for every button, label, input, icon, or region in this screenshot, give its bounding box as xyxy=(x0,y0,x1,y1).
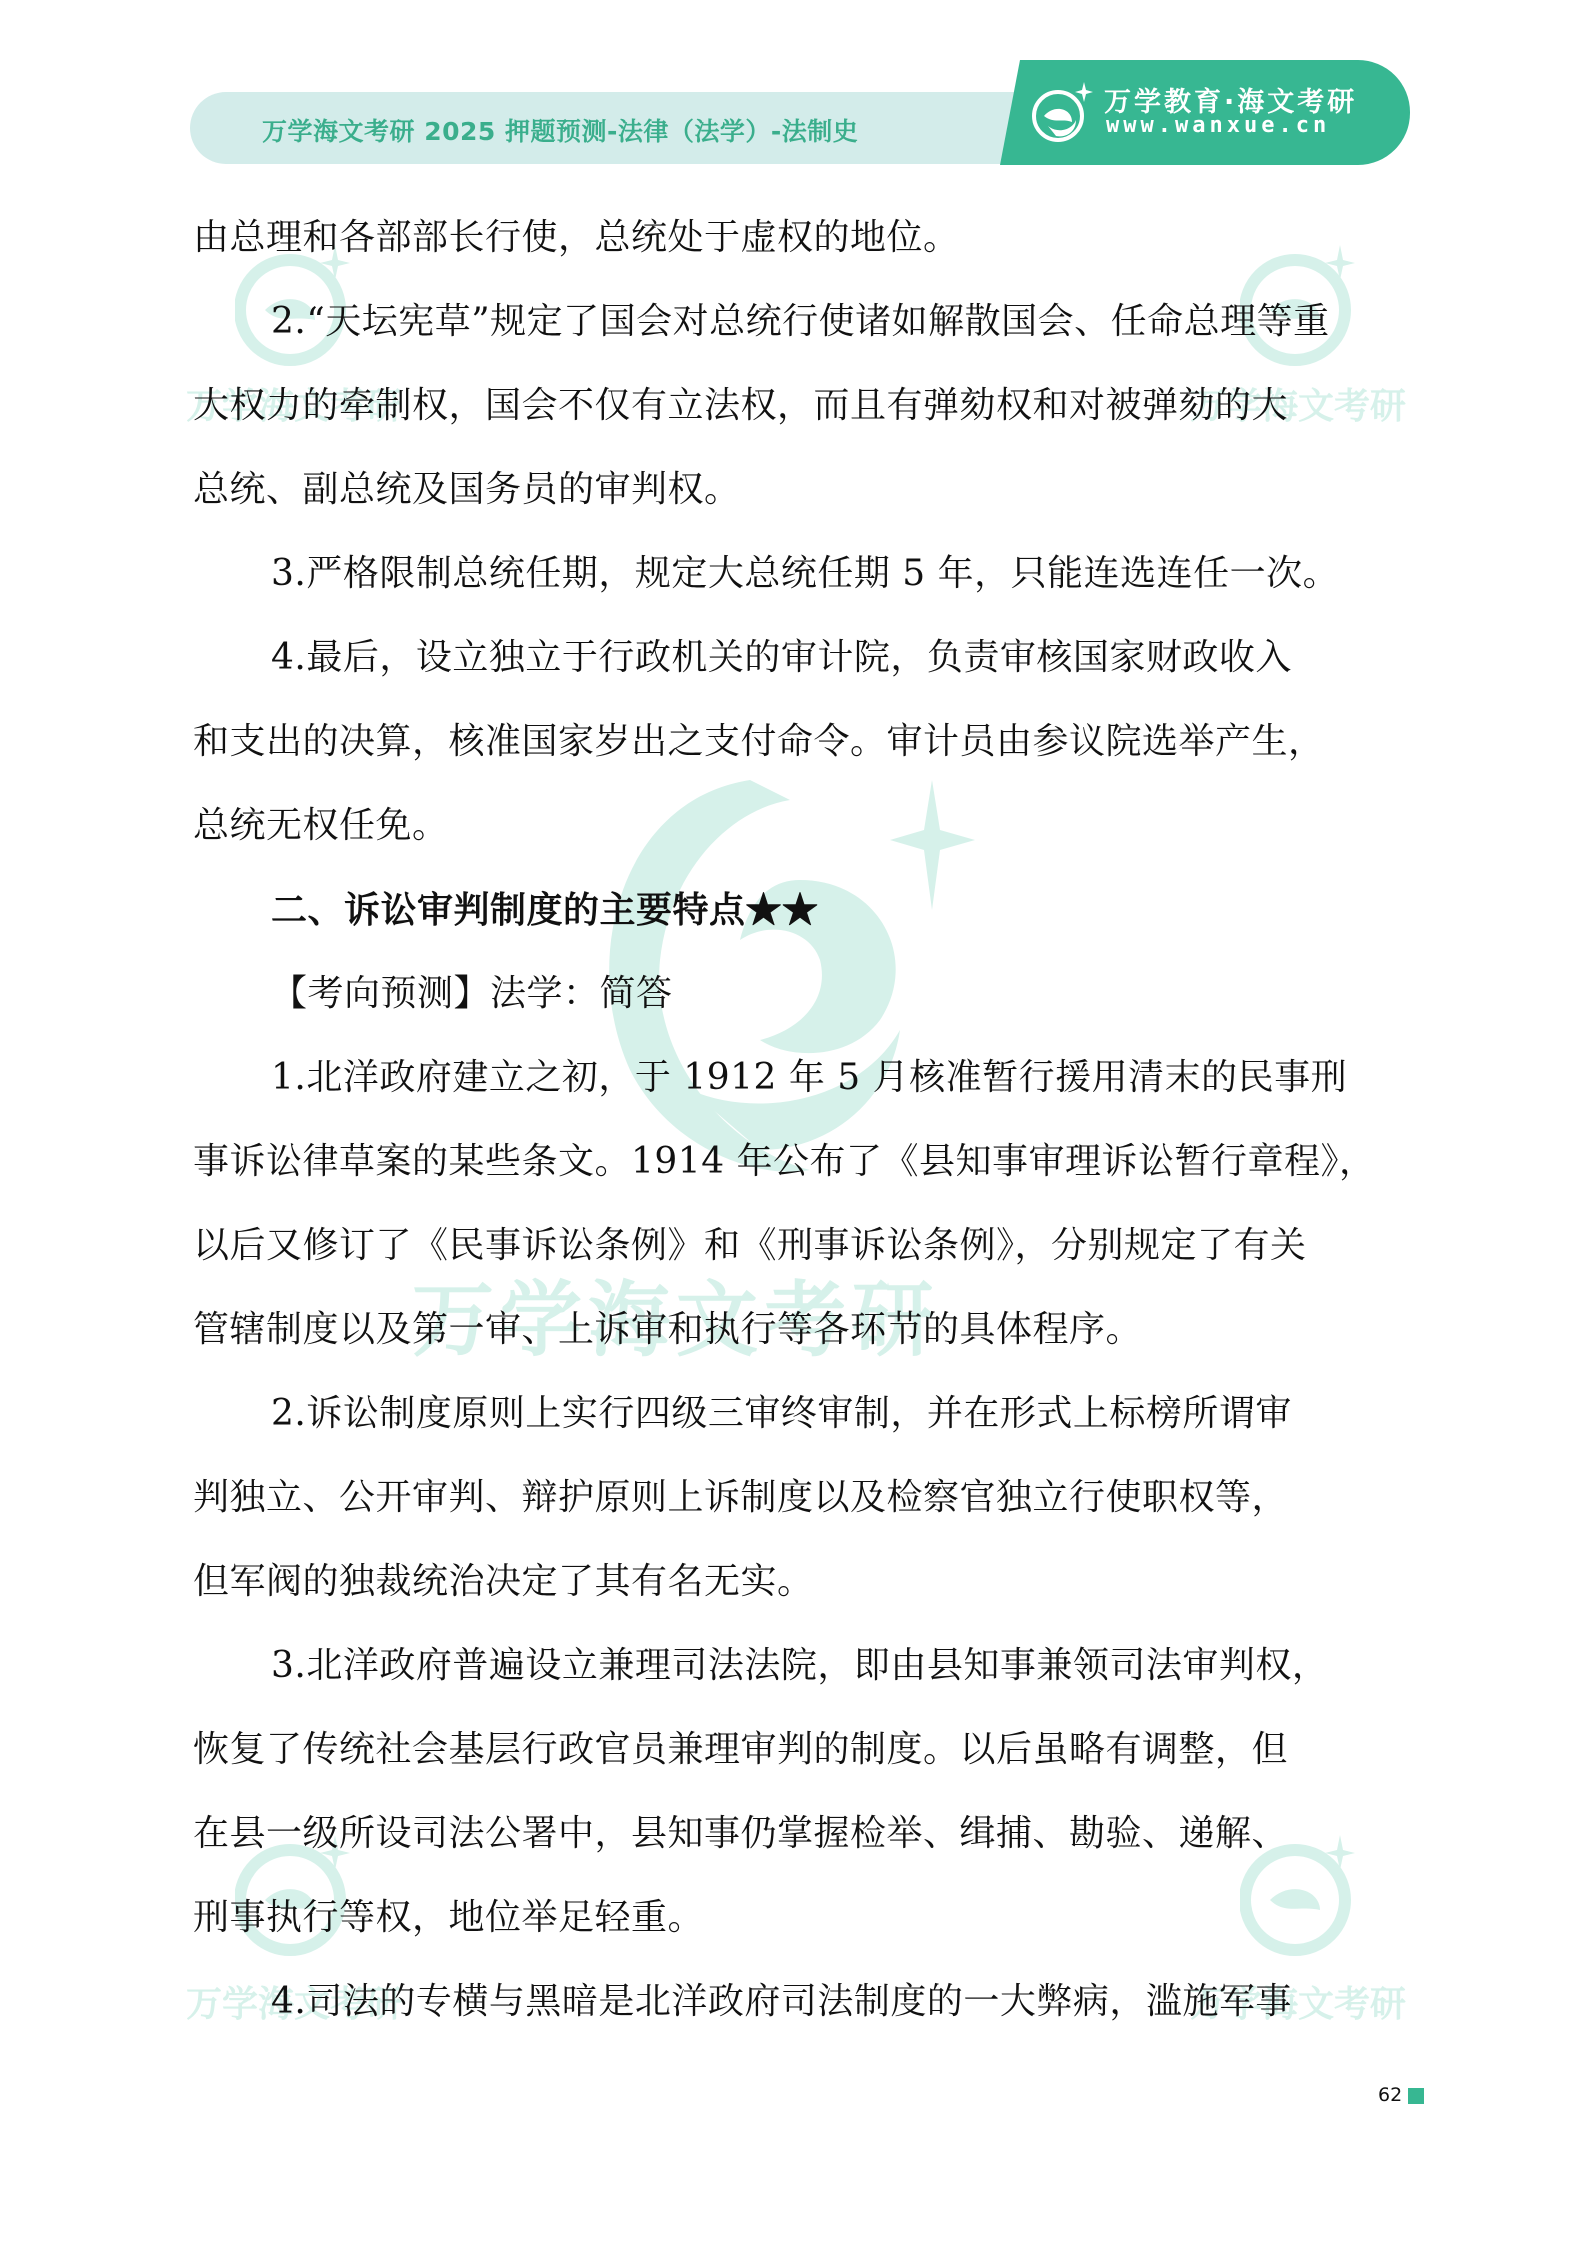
text-line: 判独立、公开审判、辩护原则上诉制度以及检察官独立行使职权等， xyxy=(193,1456,1408,1540)
text-line: 恢复了传统社会基层行政官员兼理审判的制度。以后虽略有调整，但 xyxy=(193,1708,1408,1792)
text-line: 以后又修订了《民事诉讼条例》和《刑事诉讼条例》，分别规定了有关 xyxy=(193,1204,1408,1288)
paragraph-start: 1.北洋政府建立之初，于 1912 年 5 月核准暂行援用清末的民事刑 xyxy=(193,1036,1408,1120)
paragraph-start: 4.司法的专横与黑暗是北洋政府司法制度的一大弊病，滥施军事 xyxy=(193,1960,1408,2044)
text-line: 和支出的决算，核准国家岁出之支付命令。审计员由参议院选举产生， xyxy=(193,700,1408,784)
paragraph-start: 4.最后，设立独立于行政机关的审计院，负责审核国家财政收入 xyxy=(193,616,1408,700)
brand-logo-icon xyxy=(1030,80,1094,144)
text-line: 在县一级所设司法公署中，县知事仍掌握检举、缉捕、勘验、递解、 xyxy=(193,1792,1408,1876)
text-line: 总统无权任免。 xyxy=(193,784,1408,868)
paragraph-start: 2.“天坛宪草”规定了国会对总统行使诸如解散国会、任命总理等重 xyxy=(193,280,1408,364)
text-line: 但军阀的独裁统治决定了其有名无实。 xyxy=(193,1540,1408,1624)
paragraph-start: 3.严格限制总统任期，规定大总统任期 5 年，只能连选连任一次。 xyxy=(193,532,1408,616)
document-body: 由总理和各部部长行使，总统处于虚权的地位。 2.“天坛宪草”规定了国会对总统行使… xyxy=(193,196,1408,2044)
page-number: 62 xyxy=(1378,2084,1402,2106)
text-line: 大权力的牵制权，国会不仅有立法权，而且有弹劾权和对被弹劾的大 xyxy=(193,364,1408,448)
brand-url: www.wanxue.cn xyxy=(1106,113,1330,138)
text-line: 由总理和各部部长行使，总统处于虚权的地位。 xyxy=(193,196,1408,280)
text-line: 事诉讼律草案的某些条文。1914 年公布了《县知事审理诉讼暂行章程》， xyxy=(193,1120,1408,1204)
paragraph-start: 3.北洋政府普遍设立兼理司法法院，即由县知事兼领司法审判权， xyxy=(193,1624,1408,1708)
header-title: 万学海文考研 2025 押题预测-法律（法学）-法制史 xyxy=(262,112,858,148)
text-line: 管辖制度以及第一审、上诉审和执行等各环节的具体程序。 xyxy=(193,1288,1408,1372)
text-line: 刑事执行等权，地位举足轻重。 xyxy=(193,1876,1408,1960)
exam-prediction-label: 【考向预测】法学：简答 xyxy=(193,952,1408,1036)
section-heading: 二、诉讼审判制度的主要特点★★ xyxy=(193,868,1408,952)
paragraph-start: 2.诉讼制度原则上实行四级三审终审制，并在形式上标榜所谓审 xyxy=(193,1372,1408,1456)
page-marker-square xyxy=(1408,2088,1424,2104)
text-line: 总统、副总统及国务员的审判权。 xyxy=(193,448,1408,532)
